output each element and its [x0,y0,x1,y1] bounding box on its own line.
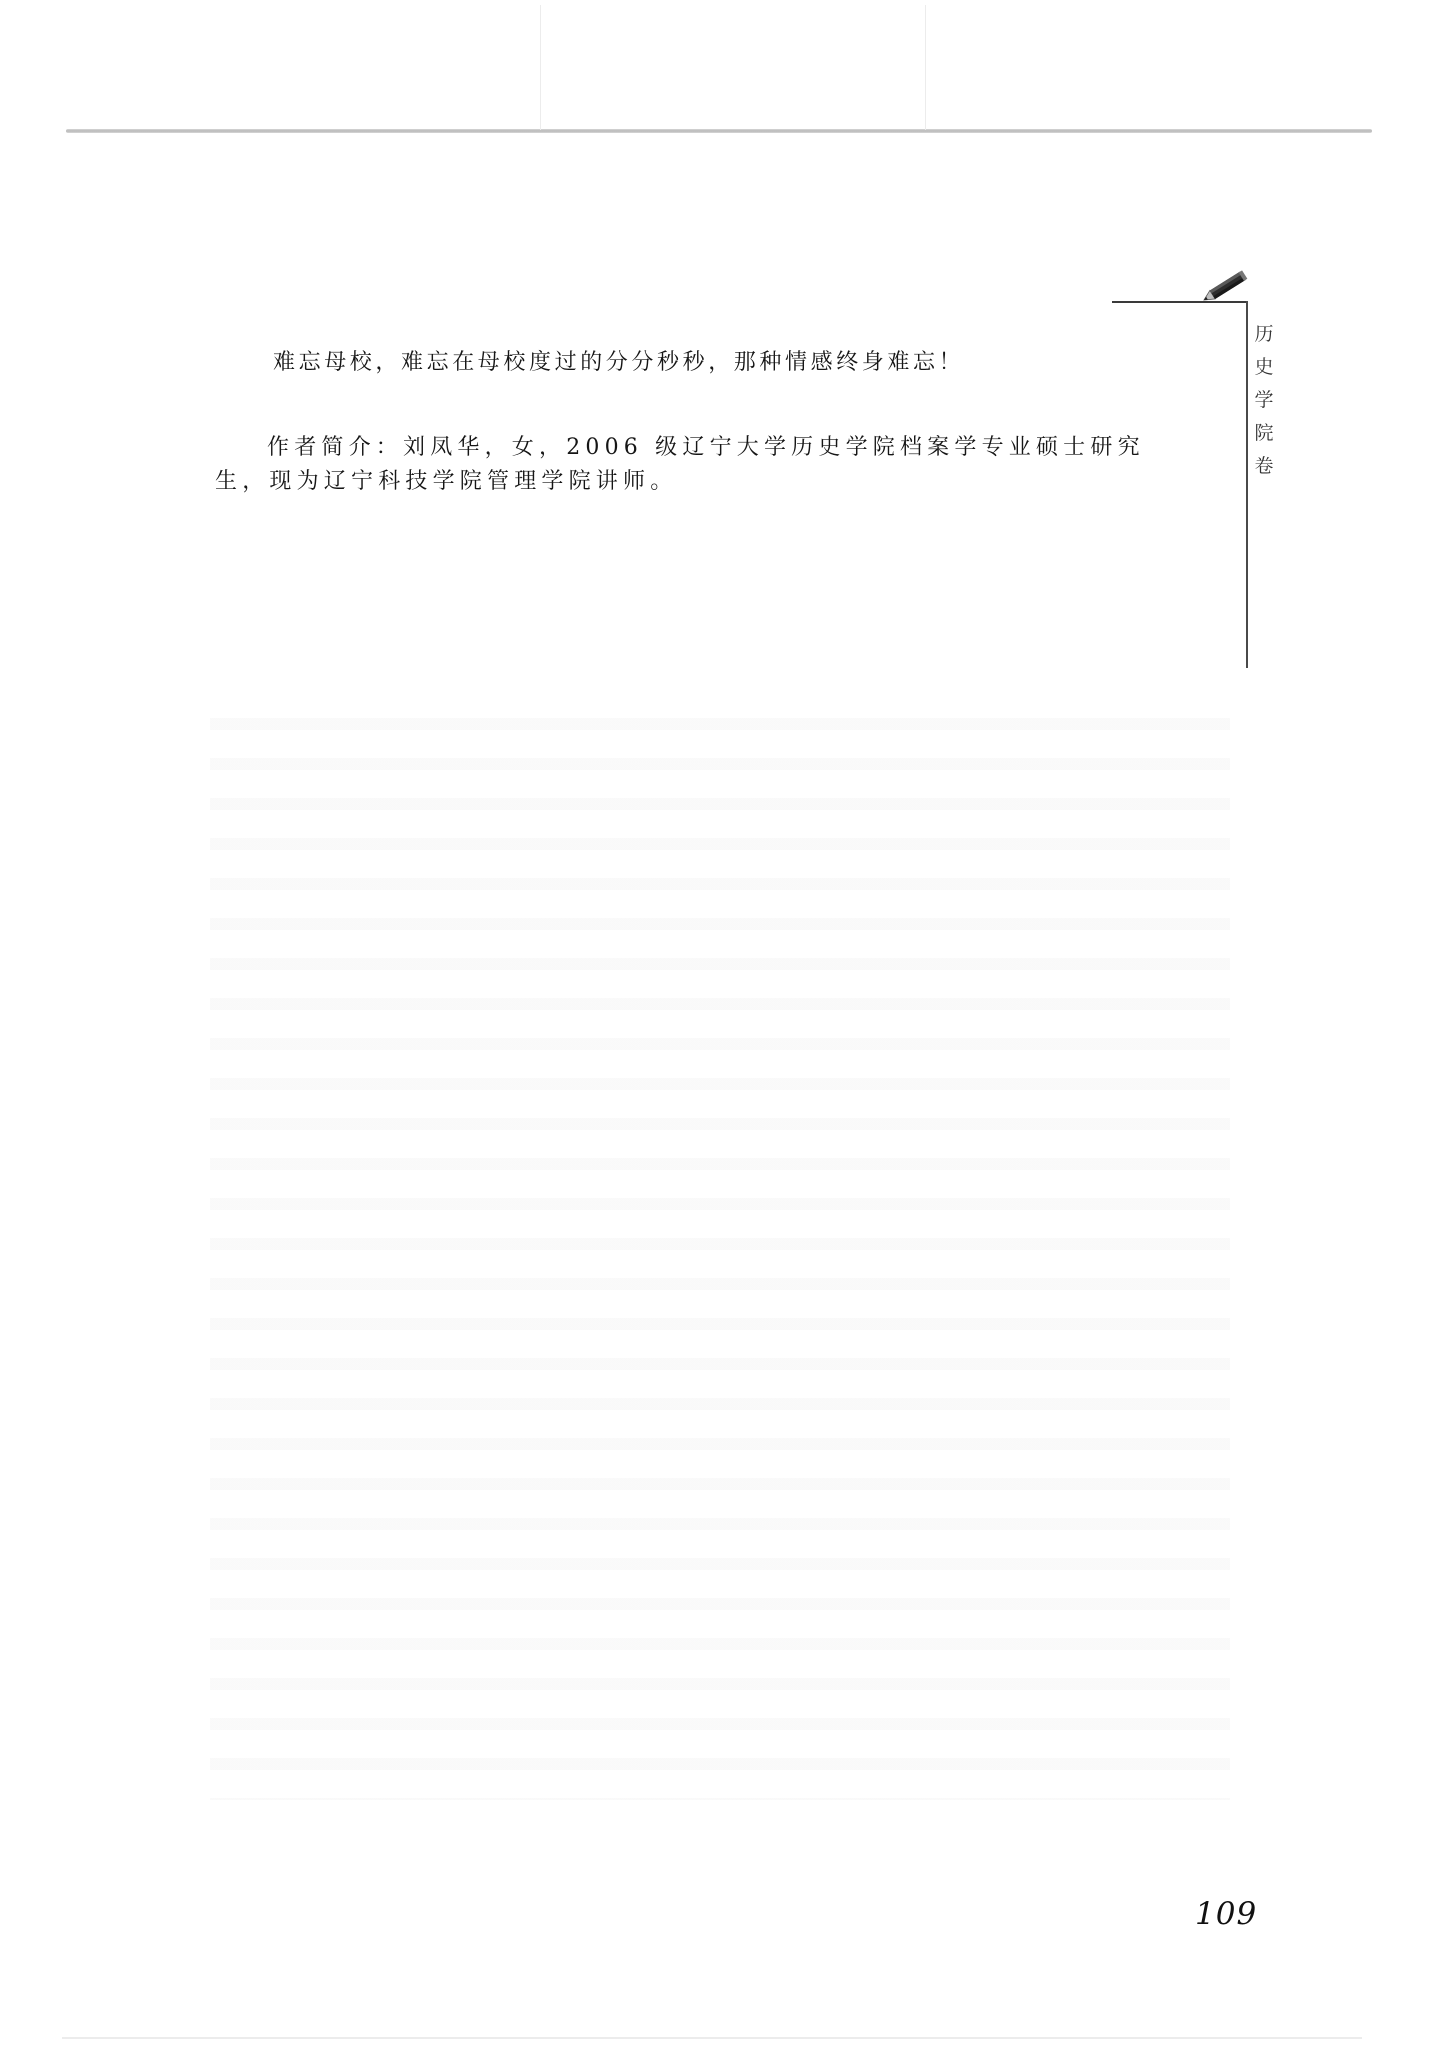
closing-paragraph: 难忘母校，难忘在母校度过的分分秒秒，那种情感终身难忘！ [273,346,964,380]
scan-artifact-line [925,5,926,130]
side-bracket-vertical [1246,301,1248,668]
author-bio-line-1: 作者简介：刘凤华，女，2006 级辽宁大学历史学院档案学专业硕士研究 [267,431,1145,465]
side-tab-section-label: 历 史 学 院 卷 [1251,318,1277,483]
side-tab-char: 卷 [1254,450,1273,483]
page-number: 109 [1195,1896,1257,1932]
bleed-through-texture [210,700,1230,1800]
side-tab-char: 历 [1254,318,1273,351]
scan-artifact-line [540,5,541,130]
side-tab-char: 学 [1254,384,1273,417]
footer-rule [62,2037,1362,2039]
pencil-icon [1200,266,1252,304]
header-rule [66,129,1372,133]
side-tab-char: 院 [1254,417,1273,450]
side-tab-char: 史 [1254,351,1273,384]
author-bio-line-2: 生，现为辽宁科技学院管理学院讲师。 [215,465,677,499]
